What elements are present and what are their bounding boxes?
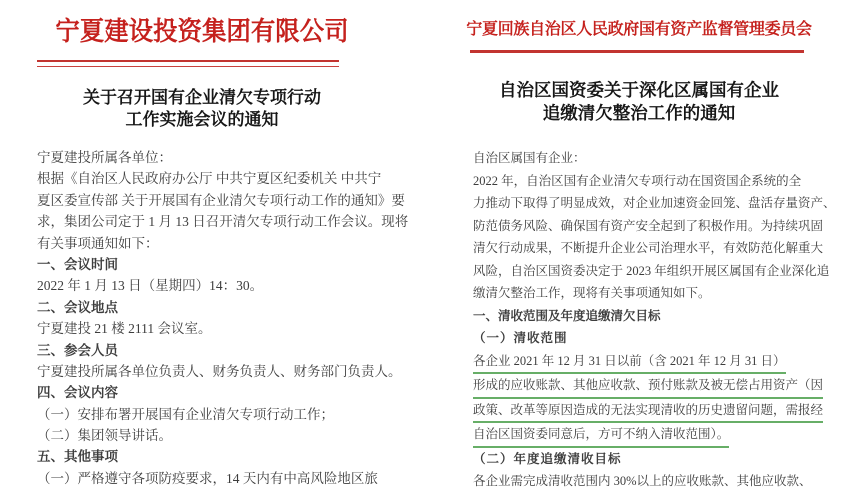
body-line: 清欠行动成果，不断提升企业公司治理水平，有效防范化解重大 <box>473 237 836 260</box>
section-heading: 一、清收范围及年度追缴清欠目标 <box>473 305 836 328</box>
left-document-body: 宁夏建投所属各单位： 根据《自治区人民政府办公厅 中共宁夏区纪委机关 中共宁 夏… <box>37 147 408 489</box>
right-doc-title-line1: 自治区国资委关于深化区属国有企业 <box>444 79 834 102</box>
right-org-title: 宁夏回族自治区人民政府国有资产监督管理委员会 <box>444 16 834 39</box>
body-line: 防范债务风险、确保国有资产安全起到了积极作用。为持续巩固 <box>473 215 836 238</box>
body-line: 力推动下取得了明显成效，对企业加速资金回笼、盘活存量资产、 <box>473 192 836 215</box>
sub-heading: （二）年度追缴清收目标 <box>473 448 836 471</box>
body-line: 夏区委宣传部 关于开展国有企业清欠专项行动工作的通知》要 <box>37 190 408 211</box>
left-org-title: 宁夏建设投资集团有限公司 <box>20 11 385 48</box>
section-heading: 一、会议时间 <box>37 254 408 275</box>
scanned-notices-page: 宁夏建设投资集团有限公司 关于召开国有企业清欠专项行动 工作实施会议的通知 宁夏… <box>0 0 852 492</box>
sub-heading: （一）清收范围 <box>473 327 836 350</box>
section-heading: 四、会议内容 <box>37 382 408 403</box>
right-header-rule <box>470 50 804 53</box>
right-document-body: 自治区属国有企业： 2022 年，自治区国有企业清欠专项行动在国资国企系统的全 … <box>473 147 836 492</box>
body-line: 宁夏建投所属各单位负责人、财务负责人、财务部门负责人。 <box>37 361 408 382</box>
body-line: 缴清欠整治工作，现将有关事项通知如下。 <box>473 282 836 305</box>
section-heading: 五、其他事项 <box>37 446 408 467</box>
left-doc-title: 关于召开国有企业清欠专项行动 工作实施会议的通知 <box>8 87 396 131</box>
body-line: 求，集团公司定于 1 月 13 日召开清欠专项行动工作会议。现将 <box>37 211 408 232</box>
left-doc-title-line2: 工作实施会议的通知 <box>8 109 396 131</box>
right-doc-title: 自治区国资委关于深化区属国有企业 追缴清欠整治工作的通知 <box>444 79 834 125</box>
section-heading: 三、参会人员 <box>37 340 408 361</box>
left-header-double-rule <box>37 60 339 67</box>
body-line: 有关事项通知如下： <box>37 233 408 254</box>
body-line: 根据《自治区人民政府办公厅 中共宁夏区纪委机关 中共宁 <box>37 168 408 189</box>
underlined-line: 各企业 2021 年 12 月 31 日以前（含 2021 年 12 月 31 … <box>473 350 786 375</box>
right-document: 宁夏回族自治区人民政府国有资产监督管理委员会 自治区国资委关于深化区属国有企业 … <box>426 0 852 492</box>
body-line: 自治区属国有企业： <box>473 147 836 170</box>
underlined-line: 自治区国资委同意后，方可不纳入清收范围）。 <box>473 423 729 448</box>
body-line: 风险，自治区国资委决定于 2023 年组织开展区属国有企业深化追 <box>473 260 836 283</box>
body-line: （一）安排布署开展国有企业清欠专项行动工作； <box>37 404 408 425</box>
underlined-line: 形成的应收账款、其他应收款、预付账款及被无偿占用资产（因 <box>473 374 823 399</box>
body-line: 宁夏建投 21 楼 2111 会议室。 <box>37 318 408 339</box>
section-heading: 二、会议地点 <box>37 297 408 318</box>
body-line: （一）严格遵守各项防疫要求，14 天内有中高风险地区旅 <box>37 468 408 489</box>
body-line: 2022 年 1 月 13 日（星期四）14：30。 <box>37 275 408 296</box>
underlined-line: 各企业需完成清收范围内 30%以上的应收账款、其他应收款、 <box>473 470 812 492</box>
underlined-line: 政策、改革等原因造成的无法实现清收的历史遗留问题，需报经 <box>473 399 823 424</box>
left-document: 宁夏建设投资集团有限公司 关于召开国有企业清欠专项行动 工作实施会议的通知 宁夏… <box>0 0 426 492</box>
right-doc-title-line2: 追缴清欠整治工作的通知 <box>444 102 834 125</box>
body-line: （二）集团领导讲话。 <box>37 425 408 446</box>
body-line: 2022 年，自治区国有企业清欠专项行动在国资国企系统的全 <box>473 170 836 193</box>
body-line: 宁夏建投所属各单位： <box>37 147 408 168</box>
left-doc-title-line1: 关于召开国有企业清欠专项行动 <box>8 87 396 109</box>
